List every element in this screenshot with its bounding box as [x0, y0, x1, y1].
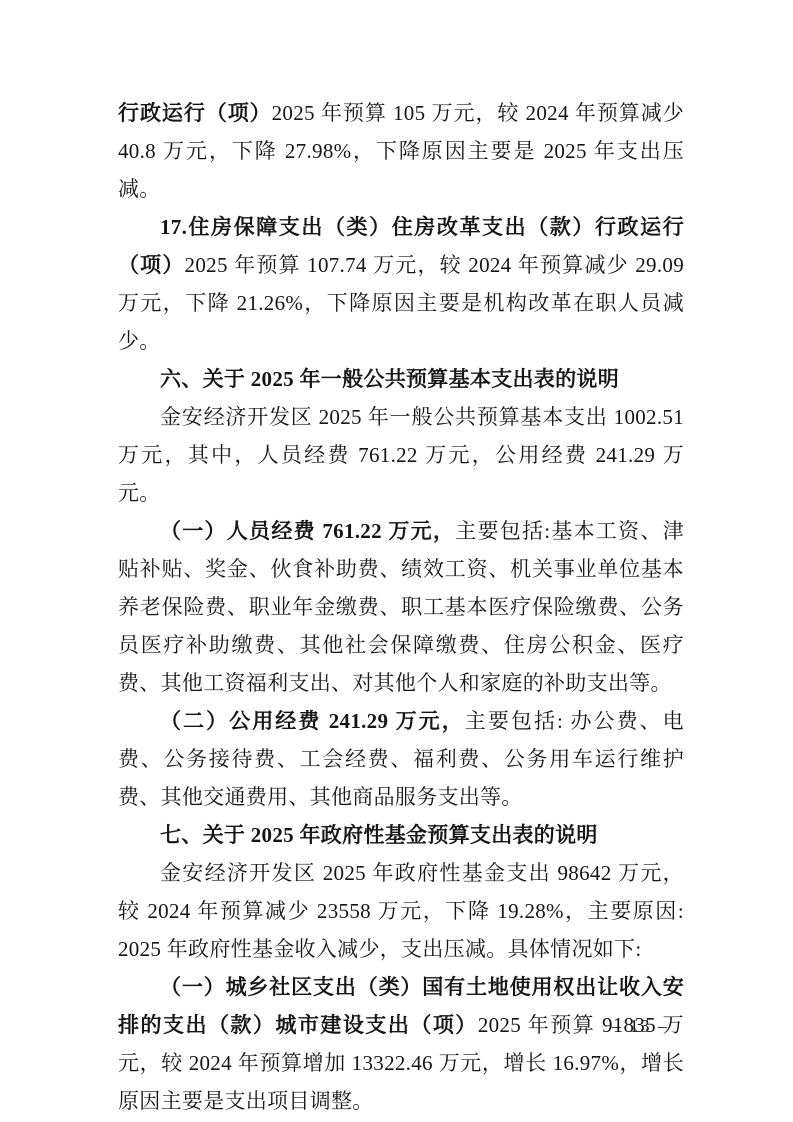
- para-lead-bold: （一）人员经费 761.22 万元，: [160, 519, 455, 543]
- para-urban-community-expenditure: （一）城乡社区支出（类）国有土地使用权出让收入安排的支出（款）城市建设支出（项）…: [118, 968, 684, 1120]
- para-17-housing-reform: 17.住房保障支出（类）住房改革支出（款）行政运行（项）2025 年预算 107…: [118, 208, 684, 360]
- heading-section-7: 七、关于 2025 年政府性基金预算支出表的说明: [118, 816, 684, 854]
- para-lead-bold: （二）公用经费 241.29 万元，: [160, 709, 465, 733]
- para-personnel-funds: （一）人员经费 761.22 万元，主要包括:基本工资、津贴补贴、奖金、伙食补助…: [118, 512, 684, 702]
- heading-text: 六、关于 2025 年一般公共预算基本支出表的说明: [160, 367, 619, 391]
- document-page: 行政运行（项）2025 年预算 105 万元，较 2024 年预算减少 40.8…: [0, 0, 793, 1122]
- para-admin-operation-continued: 行政运行（项）2025 年预算 105 万元，较 2024 年预算减少 40.8…: [118, 94, 684, 208]
- para-text: 主要包括:基本工资、津贴补贴、奖金、伙食补助费、绩效工资、机关事业单位基本养老保…: [118, 519, 684, 695]
- heading-section-6: 六、关于 2025 年一般公共预算基本支出表的说明: [118, 360, 684, 398]
- page-footer: – 13 –: [612, 1016, 669, 1037]
- para-public-funds: （二）公用经费 241.29 万元，主要包括: 办公费、电费、公务接待费、工会经…: [118, 702, 684, 816]
- para-text: 金安经济开发区 2025 年一般公共预算基本支出 1002.51 万元，其中，人…: [118, 405, 684, 505]
- para-text: 2025 年预算 107.74 万元，较 2024 年预算减少 29.09 万元…: [118, 253, 684, 353]
- document-body: 行政运行（项）2025 年预算 105 万元，较 2024 年预算减少 40.8…: [118, 94, 684, 1120]
- para-text: 金安经济开发区 2025 年政府性基金支出 98642 万元，较 2024 年预…: [118, 861, 684, 961]
- para-lead-bold: 行政运行（项）: [118, 101, 272, 125]
- heading-text: 七、关于 2025 年政府性基金预算支出表的说明: [160, 823, 598, 847]
- para-gov-fund-summary: 金安经济开发区 2025 年政府性基金支出 98642 万元，较 2024 年预…: [118, 854, 684, 968]
- para-basic-expenditure-summary: 金安经济开发区 2025 年一般公共预算基本支出 1002.51 万元，其中，人…: [118, 398, 684, 512]
- page-number: – 13 –: [612, 1016, 669, 1036]
